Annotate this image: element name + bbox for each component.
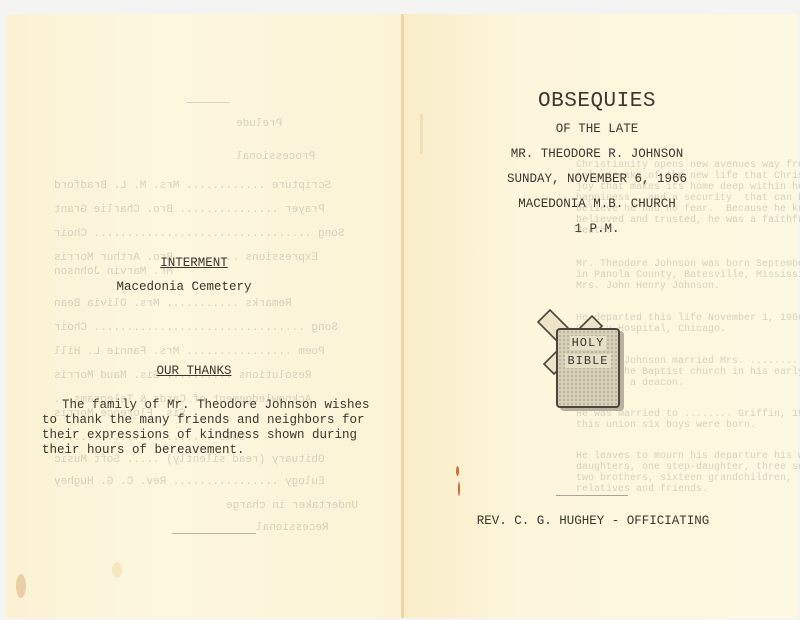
ghost-line: Scripture ............ Mrs. M. L. Bradfo…: [54, 180, 331, 192]
ghost-line: Recessional: [256, 522, 376, 534]
program-title: OBSEQUIES: [400, 90, 794, 113]
ghost-line: He leaves to mourn his departure his wif…: [576, 451, 800, 462]
program-sheet: Prelude Processional Scripture .........…: [6, 14, 798, 618]
bible-icon: HOLY BIBLE: [556, 328, 620, 408]
ghost-line: Prayer ............... Bro. Charlie Gran…: [54, 204, 325, 216]
ghost-line: two brothers, sixteen grandchildren, and…: [576, 473, 800, 484]
bible-label-bible: BIBLE: [565, 354, 610, 368]
ghost-line: Song ................................ Ch…: [54, 322, 338, 334]
ghost-line: Prelude: [236, 118, 356, 130]
ink-mark: [458, 482, 460, 496]
cross-bible-emblem: HOLY BIBLE: [532, 300, 628, 410]
bible-label-holy: HOLY: [570, 336, 607, 350]
ghost-line: relatives and friends.: [576, 484, 708, 495]
ghost-line: Eulogy ................ Rev. C. G. Hughe…: [54, 476, 325, 488]
left-page: Prelude Processional Scripture .........…: [6, 14, 402, 618]
church-name: MACEDONIA M.B. CHURCH: [400, 197, 794, 211]
ghost-line: He was married to ........ Griffin, 1951…: [576, 409, 800, 420]
ghost-line: Mrs. John Henry Johnson.: [576, 281, 720, 292]
subtitle: OF THE LATE: [400, 122, 794, 136]
officiant: REV. C. G. HUGHEY - OFFICIATING: [396, 514, 790, 528]
ghost-line: Song ................................. C…: [54, 228, 344, 240]
interment-heading: INTERMENT: [0, 256, 392, 270]
thanks-message: The family of Mr. Theodore Johnson wishe…: [42, 398, 382, 458]
ghost-line: Christianity opens new avenues way from …: [576, 160, 800, 171]
thanks-line: their hours of bereavement.: [42, 443, 382, 458]
deceased-name: MR. THEODORE R. JOHNSON: [400, 147, 794, 161]
interment-location: Macedonia Cemetery: [0, 280, 382, 294]
ghost-line: Undertaker in charge: [226, 500, 376, 512]
thanks-heading: OUR THANKS: [0, 364, 392, 378]
ghost-line: in Panola County, Batesville, Mississipp…: [576, 270, 800, 281]
right-page: Christianity opens new avenues way from …: [404, 14, 798, 618]
ghost-line: Remarks ........... Mrs. Olivia Bean: [54, 298, 292, 310]
service-time: 1 P.M.: [400, 222, 794, 236]
paper-stain: [420, 114, 423, 154]
service-date: SUNDAY, NOVEMBER 6, 1966: [400, 172, 794, 186]
ghost-rule: [186, 102, 230, 103]
paper-stain: [112, 562, 122, 578]
divider-rule: [556, 495, 628, 496]
divider-rule: [172, 533, 256, 534]
thanks-line: The family of Mr. Theodore Johnson wishe…: [42, 398, 382, 413]
thanks-line: to thank the many friends and neighbors …: [42, 413, 382, 428]
paper-stain: [16, 574, 26, 598]
ink-mark: [456, 466, 459, 476]
ghost-line: Processional: [236, 151, 356, 163]
ghost-line: daughters, one step-daughter, three sons…: [576, 462, 800, 473]
thanks-line: their expressions of kindness shown duri…: [42, 428, 382, 443]
ghost-line: this union six boys were born.: [576, 420, 756, 431]
ghost-line: Poem ................ Mrs. Fannie L. Hil…: [54, 346, 325, 358]
ghost-line: Mr. Theodore Johnson was born September …: [576, 259, 800, 270]
